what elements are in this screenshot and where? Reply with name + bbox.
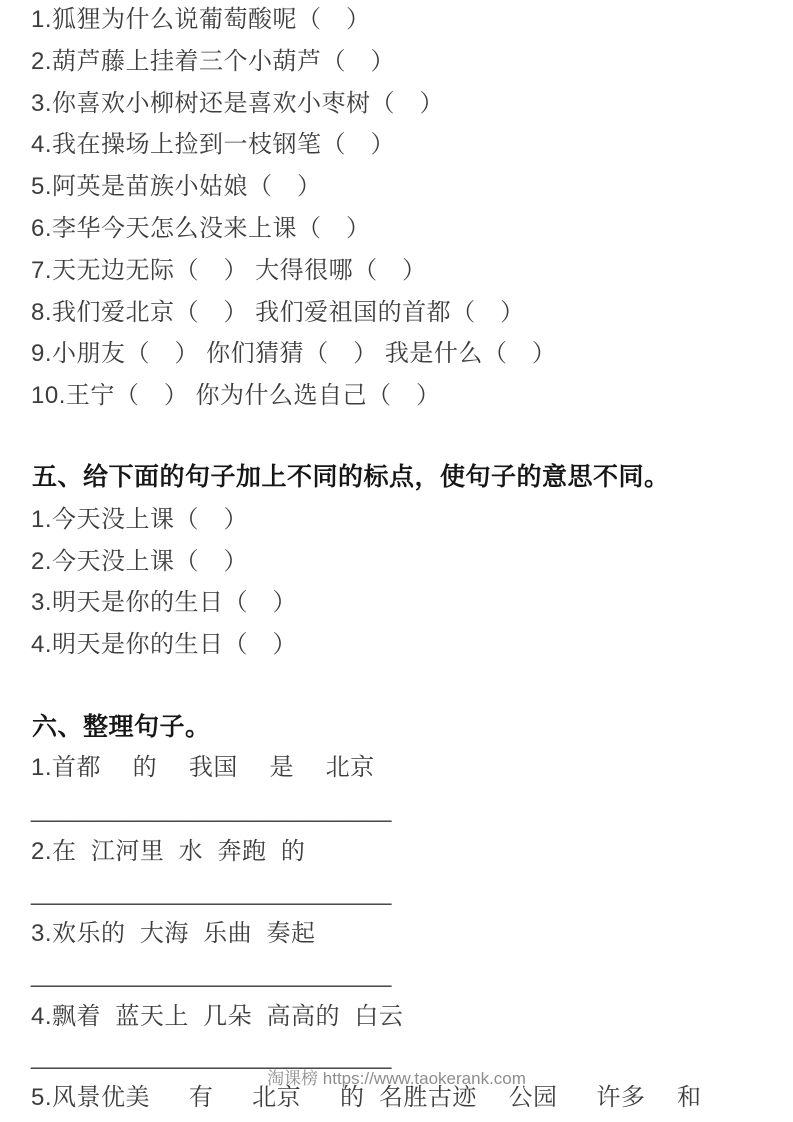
exercise-item-10: 10.王宁（ ） 你为什么选自己（ ） <box>31 384 441 408</box>
exercise-item-8: 8.我们爱北京（ ） 我们爱祖国的首都（ ） <box>31 301 525 325</box>
exercise-item-6: 6.李华今天怎么没来上课（ ） <box>31 217 371 241</box>
section-six-item-3: 3.欢乐的 大海 乐曲 奏起 <box>31 922 316 946</box>
worksheet-page: 1.狐狸为什么说葡萄酸呢（ ） 2.葫芦藤上挂着三个小葫芦（ ） 3.你喜欢小柳… <box>0 0 793 1122</box>
section-five-item-3: 3.明天是你的生日（ ） <box>31 591 297 615</box>
section-six-item-2: 2.在 江河里 水 奔跑 的 <box>31 840 305 864</box>
exercise-item-7: 7.天无边无际（ ） 大得很哪（ ） <box>31 259 427 283</box>
answer-blank-line-4: ___________________________ <box>31 1045 391 1069</box>
exercise-item-3: 3.你喜欢小柳树还是喜欢小枣树（ ） <box>31 92 444 116</box>
section-five-item-4: 4.明天是你的生日（ ） <box>31 633 297 657</box>
section-six-heading: 六、整理句子。 <box>32 715 211 740</box>
section-five-heading: 五、给下面的句子加上不同的标点，使句子的意思不同。 <box>32 465 670 490</box>
section-five-item-1: 1.今天没上课（ ） <box>31 508 248 532</box>
exercise-item-1: 1.狐狸为什么说葡萄酸呢（ ） <box>31 8 371 32</box>
answer-blank-line-2: ___________________________ <box>31 881 391 905</box>
section-six-item-4: 4.飘着 蓝天上 几朵 高高的 白云 <box>31 1005 403 1029</box>
exercise-item-9: 9.小朋友（ ） 你们猜猜（ ） 我是什么（ ） <box>31 342 556 366</box>
exercise-item-4: 4.我在操场上捡到一枝钢笔（ ） <box>31 133 395 157</box>
answer-blank-line-3: ___________________________ <box>31 963 391 987</box>
section-six-item-5: 5.风景优美 有 北京 的 名胜古迹 公园 许多 和 <box>31 1086 702 1110</box>
answer-blank-line-1: ___________________________ <box>31 798 391 822</box>
section-six-item-1: 1.首都 的 我国 是 北京 <box>31 756 375 780</box>
section-five-item-2: 2.今天没上课（ ） <box>31 550 248 574</box>
exercise-item-5: 5.阿英是苗族小姑娘（ ） <box>31 175 322 199</box>
exercise-item-2: 2.葫芦藤上挂着三个小葫芦（ ） <box>31 50 395 74</box>
